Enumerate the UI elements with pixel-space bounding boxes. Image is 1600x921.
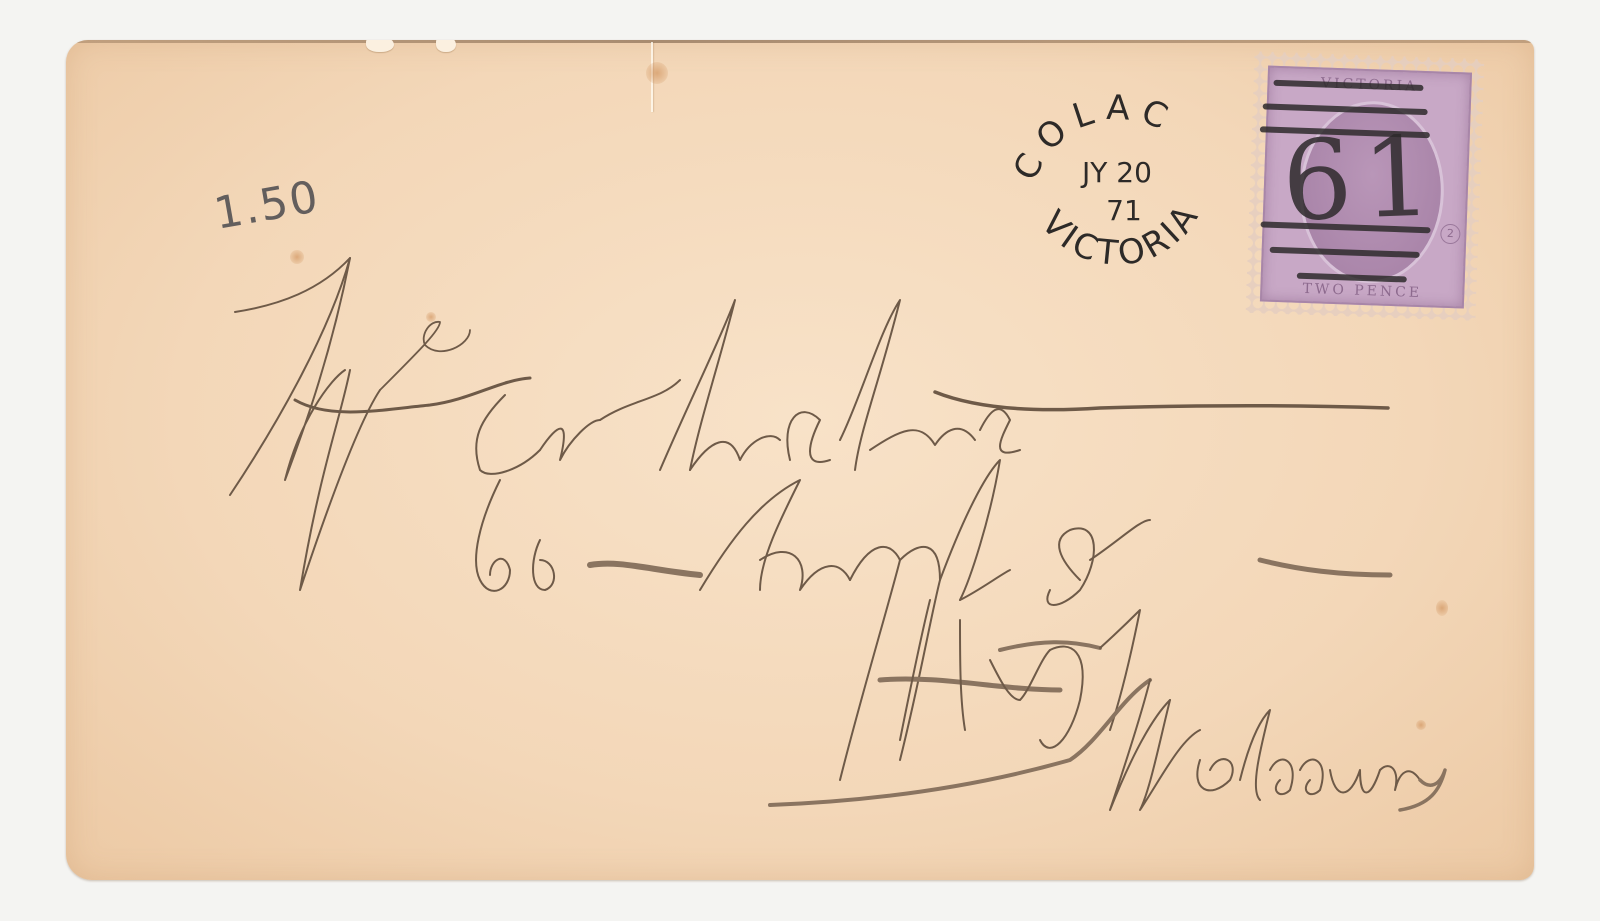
paper-tear [366,40,394,52]
scene: 1.50 COLAC VICTORIA JY 20 71 VICTORIA 2 … [0,0,1600,921]
paper-tear [436,40,456,52]
foxing-spot [1436,600,1448,616]
pencil-price-note: 1.50 [210,171,323,240]
cancel-bar [1273,80,1423,91]
cancel-bar [1297,273,1407,283]
foxing-spot [646,62,668,84]
postmark: COLAC VICTORIA JY 20 71 [1002,72,1232,302]
foxing-spot [1416,720,1426,730]
cancel-bar [1270,247,1420,258]
cancel-number: 61 [1280,112,1444,246]
postmark-date: JY 20 [1080,156,1152,189]
numeral-cancel: 61 [1245,51,1484,321]
foxing-spot [290,250,304,264]
postage-stamp: VICTORIA 2 TWO PENCE 61 [1245,51,1484,321]
postmark-year: 71 [1106,194,1142,227]
foxing-spot [426,312,436,322]
